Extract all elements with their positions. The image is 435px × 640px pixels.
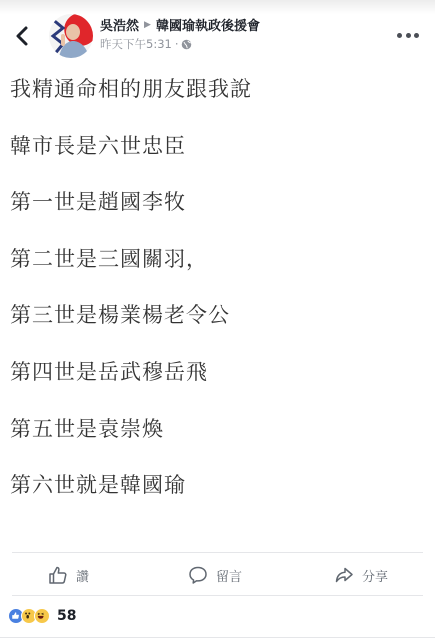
post-line: 第五世是袁崇煥 [10, 414, 430, 471]
post-line: 第一世是趙國李牧 [10, 187, 430, 244]
divider [0, 637, 435, 638]
avatar[interactable] [49, 14, 93, 58]
group-name[interactable]: 韓國瑜執政後援會 [156, 15, 260, 34]
post-header: 吳浩然 ▶ 韓國瑜執政後援會 昨天下午5:31 · [0, 10, 435, 62]
comment-button[interactable]: 留言 [188, 556, 242, 594]
divider [12, 595, 423, 596]
like-label: 讚 [76, 566, 89, 585]
post-author-line: 吳浩然 ▶ 韓國瑜執政後援會 [100, 15, 260, 34]
thumbs-up-icon [48, 565, 68, 585]
post-line: 我精通命相的朋友跟我說 [10, 74, 430, 131]
meta-separator: · [175, 37, 179, 51]
more-horizontal-icon-dot [414, 33, 419, 38]
facebook-post-page: 吳浩然 ▶ 韓國瑜執政後援會 昨天下午5:31 · 我精通命相的朋友跟我說 韓市… [0, 0, 435, 640]
post-line: 第四世是岳武穆岳飛 [10, 357, 430, 414]
share-arrow-icon [334, 565, 354, 585]
post-line: 第六世就是韓國瑜 [10, 470, 430, 527]
globe-icon [181, 39, 192, 50]
divider [12, 552, 423, 553]
more-horizontal-icon-dot [406, 33, 411, 38]
post-line: 韓市長是六世忠臣 [10, 131, 430, 188]
post-meta: 昨天下午5:31 · [100, 36, 192, 52]
post-line: 第二世是三國關羽， [10, 244, 430, 301]
reactions-summary[interactable]: 58 [8, 605, 76, 627]
share-button[interactable]: 分享 [334, 556, 388, 594]
author-name[interactable]: 吳浩然 [100, 15, 139, 34]
reaction-count: 58 [57, 608, 76, 624]
post-timestamp[interactable]: 昨天下午5:31 [100, 36, 172, 52]
post-actions: 讚 留言 分享 [0, 556, 435, 594]
post-line: 第三世是楊業楊老令公 [10, 300, 430, 357]
comment-label: 留言 [216, 566, 242, 585]
back-button[interactable] [12, 24, 32, 48]
comment-icon [188, 565, 208, 585]
avatar-image [49, 14, 93, 58]
triangle-right-icon: ▶ [144, 20, 151, 30]
more-horizontal-icon-dot [397, 33, 402, 38]
haha-reaction-icon [34, 608, 50, 624]
like-button[interactable]: 讚 [48, 556, 89, 594]
post-body: 我精通命相的朋友跟我說 韓市長是六世忠臣 第一世是趙國李牧 第二世是三國關羽， … [10, 74, 430, 527]
more-options-button[interactable] [397, 30, 419, 40]
chevron-left-icon [12, 24, 32, 48]
share-label: 分享 [362, 566, 388, 585]
